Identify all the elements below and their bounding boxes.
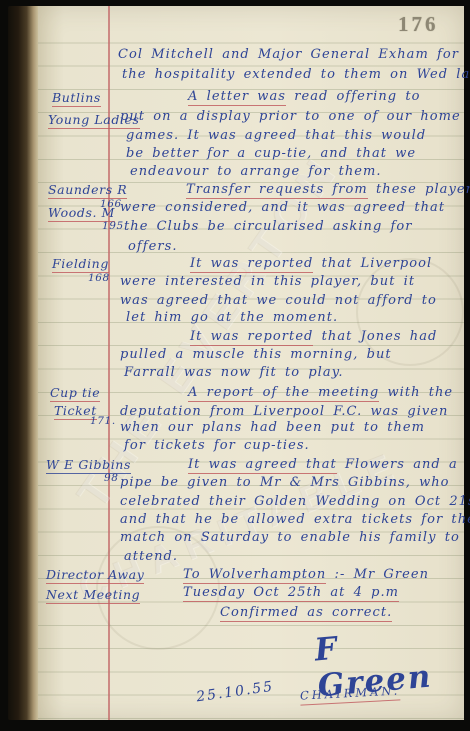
book-binding-edge [8,6,42,720]
phrase: put on a display prior to one of our hom… [120,109,461,124]
manuscript-line: was agreed that we could not afford to [120,293,437,308]
phrase: these players [368,182,470,197]
manuscript-line: endeavour to arrange for them. [130,164,382,179]
manuscript-line: let him go at the moment. [126,310,338,325]
phrase: was agreed that we could not afford to [120,293,437,308]
margin-note: Saunders R [48,182,127,199]
phrase: and that he be allowed extra tickets for… [120,512,470,527]
phrase: be better for a cup-tie, and that we [126,146,416,161]
manuscript-line: pipe be given to Mr & Mrs Gibbins, who [120,475,450,490]
phrase: pipe be given to Mr & Mrs Gibbins, who [120,475,450,490]
manuscript-line: the Clubs be circularised asking for [124,219,413,234]
margin-note: 168 [88,272,110,284]
manuscript-line: It was reported that Liverpool [190,256,432,271]
phrase: were interested in this player, but it [120,274,415,289]
margin-note: 171. [90,415,116,427]
phrase: :- Mr Green [326,567,429,582]
manuscript-line: pulled a muscle this morning, but [120,347,392,362]
phrase: Farrall was now fit to play. [124,365,344,380]
underlined-phrase: Transfer requests from [186,182,368,199]
phrase: with the [379,385,453,400]
phrase: the Clubs be circularised asking for [124,219,413,234]
phrase: pulled a muscle this morning, but [120,347,392,362]
underlined-phrase: It was reported [190,329,313,346]
underlined-phrase: It was reported [190,256,313,273]
phrase: that Liverpool [313,256,432,271]
phrase: when our plans had been put to them [120,420,425,435]
manuscript-line: offers. [128,239,178,254]
manuscript-line: games. It was agreed that this would [126,128,426,143]
phrase: celebrated their Golden Wedding on Oct 2… [120,494,470,509]
underlined-phrase: Confirmed as correct. [220,605,392,622]
manuscript-line: Transfer requests from these players [186,182,470,197]
margin-note: 98 [104,472,119,484]
manuscript-line: and that he be allowed extra tickets for… [120,512,470,527]
underlined-phrase: To Wolverhampton [183,567,326,584]
phrase: that Jones had [313,329,437,344]
manuscript-line: attend. [124,549,178,564]
underlined-phrase: Tuesday Oct 25th at 4 p.m [183,585,399,602]
underlined-phrase: A letter was [188,89,286,106]
phrase: were considered, and it was agreed that [120,200,445,215]
manuscript-line: were considered, and it was agreed that [120,200,445,215]
manuscript-line: A report of the meeting with the [188,385,453,400]
notebook-page: 176 THE EVERTON CHARITABLE ButlinsYoung … [38,6,464,720]
phrase: the hospitality extended to them on Wed … [122,67,470,82]
phrase: for tickets for cup-ties. [124,438,310,453]
manuscript-line: Tuesday Oct 25th at 4 p.m [183,585,399,600]
manuscript-line: It was agreed that Flowers and a [188,457,458,472]
phrase: Flowers and a [337,457,458,472]
manuscript-line: the hospitality extended to them on Wed … [122,67,470,82]
manuscript-line: Confirmed as correct. [220,605,392,620]
phrase: let him go at the moment. [126,310,338,325]
margin-note: Butlins [52,90,101,107]
manuscript-line: A letter was read offering to [188,89,421,104]
phrase: match on Saturday to enable his family t… [120,530,460,545]
underlined-phrase: It was agreed that [188,457,337,474]
manuscript-line: were interested in this player, but it [120,274,415,289]
margin-note: Cup tie [50,385,100,402]
manuscript-line: match on Saturday to enable his family t… [120,530,460,545]
manuscript-line: when our plans had been put to them [120,420,425,435]
margin-note: Next Meeting [46,587,140,604]
manuscript-line: deputation from Liverpool F.C. was given [120,404,448,419]
margin-note: 195 [102,220,124,232]
manuscript-line: for tickets for cup-ties. [124,438,310,453]
phrase: deputation from Liverpool F.C. was given [120,404,448,419]
underlined-phrase: A report of the meeting [188,385,379,402]
phrase: read offering to [286,89,421,104]
manuscript-line: To Wolverhampton :- Mr Green [183,567,429,582]
phrase: games. It was agreed that this would [126,128,426,143]
phrase: Col Mitchell and Major General Exham for [118,47,459,62]
manuscript-line: be better for a cup-tie, and that we [126,146,416,161]
manuscript-line: It was reported that Jones had [190,329,437,344]
margin-note: Fielding [52,256,109,273]
scanned-minute-book-page: 176 THE EVERTON CHARITABLE ButlinsYoung … [0,0,470,731]
phrase: endeavour to arrange for them. [130,164,382,179]
manuscript-line: Farrall was now fit to play. [124,365,344,380]
manuscript-line: Col Mitchell and Major General Exham for [118,47,459,62]
phrase: attend. [124,549,178,564]
manuscript-line: put on a display prior to one of our hom… [120,109,461,124]
page-number-stamp: 176 [398,12,439,37]
margin-note: Director Away [46,567,144,584]
manuscript-line: celebrated their Golden Wedding on Oct 2… [120,494,470,509]
phrase: offers. [128,239,178,254]
